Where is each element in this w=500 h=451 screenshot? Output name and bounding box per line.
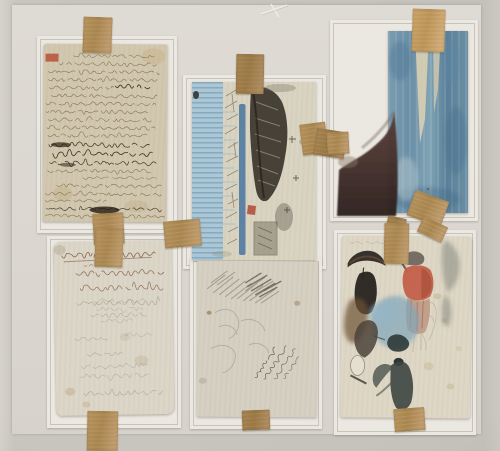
handwriting-stroke bbox=[48, 168, 151, 174]
paper-stain bbox=[124, 200, 148, 212]
handwriting-stroke bbox=[80, 282, 163, 292]
boat-hull bbox=[250, 87, 287, 202]
shore-hatching bbox=[225, 90, 238, 244]
paper-stain bbox=[199, 378, 207, 384]
handwriting-stroke bbox=[51, 94, 157, 99]
handwriting-stroke bbox=[47, 125, 155, 130]
blue-stripe bbox=[239, 104, 246, 255]
handwriting-stroke bbox=[87, 352, 122, 356]
paper-stain bbox=[120, 333, 130, 341]
handwriting-stroke bbox=[48, 131, 147, 137]
corner-grime bbox=[54, 245, 66, 255]
handwriting-stroke bbox=[76, 297, 159, 307]
handwriting-lines bbox=[62, 251, 166, 396]
tape-strip bbox=[82, 17, 112, 54]
handwriting-stroke bbox=[48, 69, 159, 75]
handwriting-stroke bbox=[46, 110, 148, 115]
handwriting-stroke bbox=[75, 337, 107, 341]
diagonal-ink-note bbox=[253, 338, 302, 392]
red-mark bbox=[45, 54, 58, 62]
boat-drawing bbox=[192, 82, 316, 260]
handwriting-stroke bbox=[80, 373, 149, 381]
handwriting-stroke bbox=[94, 298, 144, 304]
tape-strip bbox=[411, 8, 445, 52]
handwriting-stroke bbox=[57, 184, 162, 188]
handwriting-stroke bbox=[115, 84, 150, 89]
handwriting-stroke bbox=[49, 86, 113, 91]
gray-smudges-right bbox=[441, 240, 460, 326]
tape-strip bbox=[384, 223, 410, 264]
manuscript-drawing bbox=[42, 44, 167, 223]
handwriting-stroke bbox=[46, 199, 107, 202]
handwriting-stroke bbox=[76, 269, 164, 277]
pencil-sketch-drawing bbox=[197, 261, 318, 418]
dark-blue-patch bbox=[445, 107, 467, 175]
tape-strip bbox=[242, 410, 271, 431]
handwriting-stroke bbox=[48, 76, 157, 82]
red-speck bbox=[427, 188, 429, 190]
tape-strip bbox=[94, 228, 123, 268]
boat-sketch-sheet bbox=[192, 82, 316, 260]
red-flag-mark bbox=[247, 205, 256, 215]
bottom-silhouette-figure bbox=[372, 358, 413, 410]
faint-contours bbox=[211, 309, 269, 373]
scratch-mark bbox=[255, 0, 299, 22]
handwriting-stroke bbox=[59, 61, 156, 67]
handwriting-stroke bbox=[91, 312, 146, 317]
handwriting-stroke bbox=[83, 176, 156, 180]
handwriting-stroke bbox=[48, 116, 151, 122]
pencil-hatching bbox=[207, 271, 281, 303]
tape-strip bbox=[163, 218, 202, 248]
tape-strip bbox=[393, 407, 426, 432]
manuscript-sheet bbox=[42, 44, 167, 223]
tape-strip bbox=[87, 411, 119, 451]
paper-stain bbox=[65, 388, 75, 396]
boat-stern bbox=[254, 222, 277, 255]
collage-board bbox=[0, 0, 500, 451]
tape-strip bbox=[236, 54, 265, 94]
handwriting-stroke bbox=[53, 149, 152, 159]
handwriting-stroke bbox=[84, 388, 162, 396]
ink-strikeout bbox=[51, 142, 71, 147]
paper-stain bbox=[82, 401, 90, 407]
handwriting-stroke bbox=[46, 101, 155, 107]
dark-brown-wash bbox=[334, 104, 404, 218]
handwriting-stroke bbox=[101, 319, 133, 323]
paper-stain bbox=[294, 301, 300, 306]
dark-blue-patch bbox=[389, 41, 411, 81]
tape-strip bbox=[326, 131, 349, 154]
paper-stain bbox=[207, 311, 212, 315]
handwriting-stroke bbox=[282, 356, 300, 379]
pencil-sketch-sheet bbox=[197, 261, 318, 418]
handwriting-stroke bbox=[97, 307, 143, 313]
